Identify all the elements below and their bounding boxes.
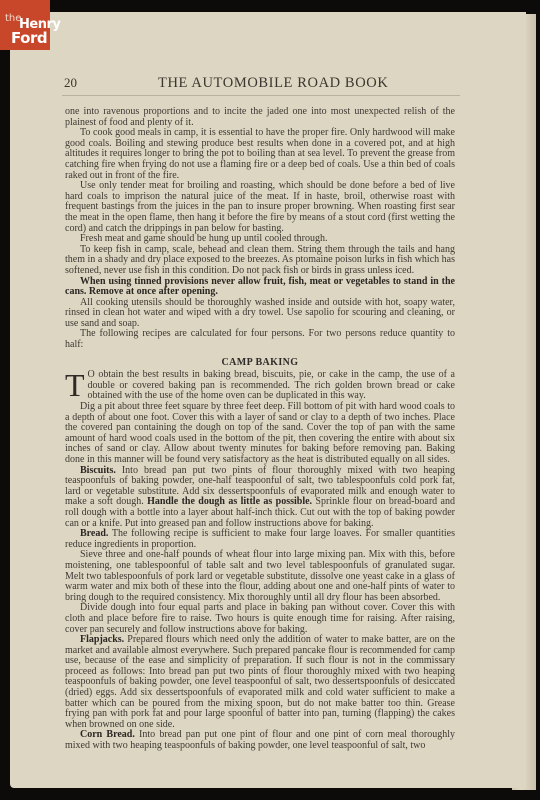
henry-ford-logo: the Henry Ford: [0, 0, 50, 50]
recipe-emphasis: Handle the dough as little as possible.: [147, 496, 312, 507]
section-intro: TO obtain the best results in baking bre…: [65, 370, 455, 402]
recipe-bread: Bread. The following recipe is sufficien…: [65, 529, 455, 550]
recipe-label: Bread.: [80, 528, 108, 539]
recipe-text: The following recipe is sufficient to ma…: [65, 528, 455, 550]
drop-cap: T: [65, 370, 85, 398]
paragraph: All cooking utensils should be thoroughl…: [65, 298, 455, 330]
paragraph: Dig a pit about three feet square by thr…: [65, 402, 455, 466]
paragraph: Sieve three and one-half pounds of wheat…: [65, 550, 455, 603]
page-number: 20: [64, 75, 77, 91]
paragraph: one into ravenous proportions and to inc…: [65, 107, 455, 128]
recipe-label: Corn Bread.: [80, 729, 135, 740]
section-title: CAMP BAKING: [65, 358, 455, 369]
book-title: THE AUTOMOBILE ROAD BOOK: [158, 75, 388, 92]
recipe-corn-bread: Corn Bread. Into bread pan put one pint …: [65, 730, 455, 751]
running-header: 20 THE AUTOMOBILE ROAD BOOK: [62, 75, 460, 96]
recipe-label: Flapjacks.: [80, 634, 124, 645]
paragraph: To keep fish in camp, scale, behead and …: [65, 245, 455, 277]
recipe-text: Prepared flours which need only the addi…: [65, 634, 455, 730]
warning-text: When using tinned provisions never allow…: [65, 276, 455, 298]
section-intro-text: O obtain the best results in baking brea…: [88, 369, 455, 401]
recipe-flapjacks: Flapjacks. Prepared flours which need on…: [65, 635, 455, 730]
paragraph: Use only tender meat for broiling and ro…: [65, 181, 455, 234]
recipe-label: Biscuits.: [80, 465, 116, 476]
recipe-biscuits: Biscuits. Into bread pan put two pints o…: [65, 466, 455, 530]
warning-paragraph: When using tinned provisions never allow…: [65, 277, 455, 298]
paragraph: To cook good meals in camp, it is essent…: [65, 128, 455, 181]
logo-ford: Ford: [11, 31, 47, 46]
page-body: one into ravenous proportions and to inc…: [65, 107, 455, 752]
paragraph: The following recipes are calculated for…: [65, 329, 455, 350]
paragraph: Divide dough into four equal parts and p…: [65, 603, 455, 635]
